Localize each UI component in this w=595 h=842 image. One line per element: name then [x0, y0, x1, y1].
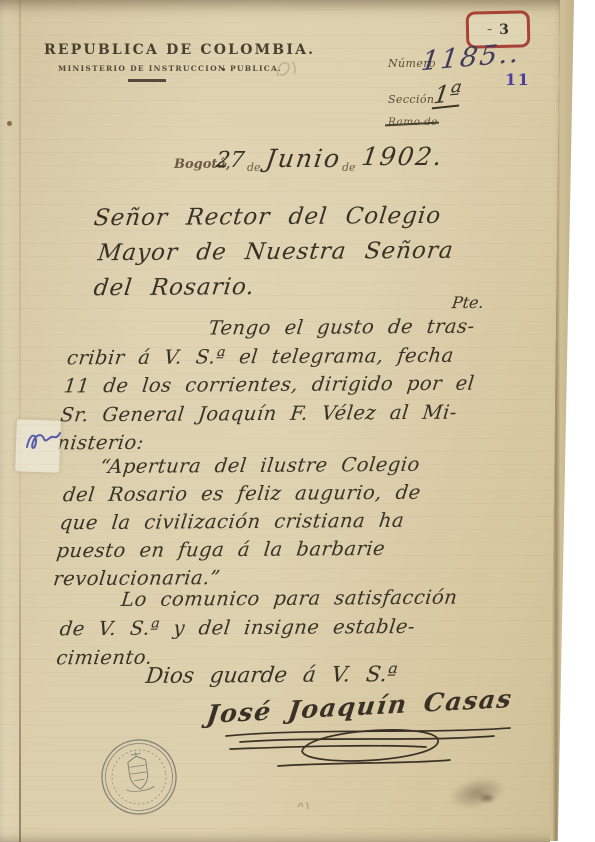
blue-folio-number-stamp: 11	[505, 70, 530, 89]
manuscript-line: Lo comunico para satisfacción	[62, 583, 460, 615]
dateline-month: Junio	[264, 144, 343, 173]
ink-smudge-small	[478, 793, 496, 803]
manuscript-line: 11 de los corrientes, dirigido por el	[62, 370, 476, 401]
letterhead-ministry: MINISTERIO DE INSTRUCCION PUBLICA.	[58, 64, 282, 73]
dateline-year: 1902.	[360, 142, 446, 171]
scanned-letter-document: REPUBLICA DE COLOMBIA. MINISTERIO DE INS…	[0, 0, 595, 842]
recipient-address: Señor Rector del ColegioMayor de Nuestra…	[84, 199, 460, 307]
manuscript-line: Mayor de Nuestra Señora	[88, 234, 456, 272]
manuscript-line: que la civilización cristiana ha	[58, 507, 419, 537]
body-paragraph-1: Tengo el gusto de tras-cribir á V. S.ª e…	[56, 313, 483, 458]
dateline-day: 27	[214, 148, 246, 173]
tiny-pencil-mark	[296, 799, 312, 811]
manuscript-line: “Apertura del ilustre Colegio	[65, 451, 426, 481]
stamp-dash: –	[487, 24, 492, 35]
letterhead-dot	[222, 68, 225, 71]
letterhead-rule	[128, 79, 166, 82]
manuscript-line: cribir á V. S.ª el telegrama, fecha	[65, 341, 479, 372]
seccion-value-handwritten: 1ª	[432, 79, 463, 110]
dateline-de-2: de	[342, 161, 356, 174]
dateline-de-1: de	[247, 161, 261, 174]
pencil-scribble	[272, 56, 302, 82]
seccion-label: Sección	[388, 93, 434, 106]
manuscript-line: de V. S.ª y del insigne estable-	[58, 612, 456, 644]
manuscript-line: Tengo el gusto de tras-	[69, 313, 483, 344]
stamp-number: 3	[499, 21, 509, 37]
manuscript-line: del Rosario.	[84, 269, 452, 307]
telegram-quote: “Apertura del ilustre Colegiodel Rosario…	[52, 451, 426, 593]
blue-margin-scribble	[24, 427, 62, 455]
signature-flourish	[218, 720, 518, 772]
valediction-line: Dios guarde á V. S.ª	[144, 662, 398, 689]
manuscript-line: del Rosario es feliz augurio, de	[61, 479, 422, 509]
ministry-circular-seal	[93, 731, 186, 824]
letter-page: REPUBLICA DE COLOMBIA. MINISTERIO DE INS…	[0, 0, 560, 842]
manuscript-line: Sr. General Joaquín F. Vélez al Mi-	[59, 398, 473, 429]
manuscript-line: Señor Rector del Colegio	[92, 199, 460, 237]
manuscript-line: puesto en fuga á la barbarie	[55, 535, 416, 565]
paper-speck	[7, 121, 12, 126]
presente-note: Pte.	[451, 293, 485, 312]
body-paragraph-2: Lo comunico para satisfacciónde V. S.ª y…	[55, 583, 459, 673]
ink-smudge	[445, 771, 509, 814]
